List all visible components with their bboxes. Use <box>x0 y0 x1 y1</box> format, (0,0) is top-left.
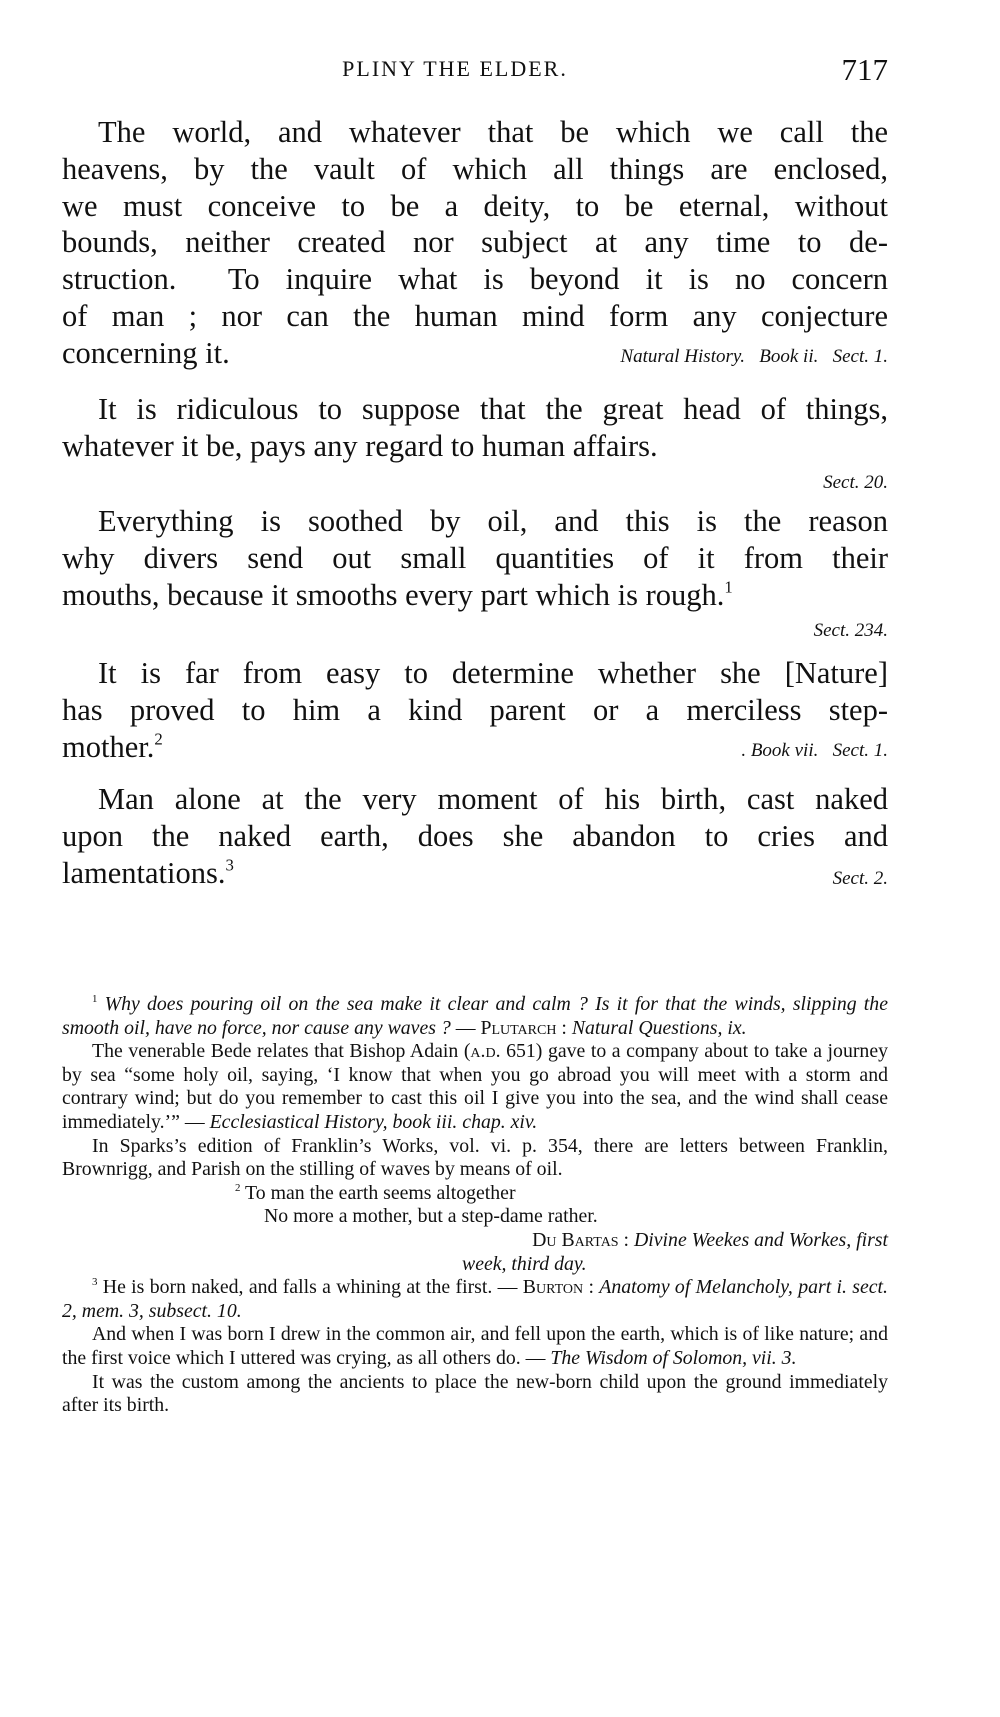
quotation-3: Everything is soothed by oil, and this i… <box>62 503 888 643</box>
footnote-author: Du Bartas <box>532 1229 618 1251</box>
footnote-3-wisdom: And when I was born I drew in the common… <box>62 1323 888 1370</box>
footnote-author: Plutarch <box>480 1017 556 1039</box>
line: has proved to him a kind parent or a mer… <box>62 692 888 729</box>
footnote-2: 2 To man the earth seems altogether No m… <box>62 1182 888 1276</box>
citation: Sect. 20. <box>823 465 888 502</box>
verse-line: No more a mother, but a step-dame rather… <box>62 1205 888 1229</box>
footnote-author: Burton <box>523 1276 583 1298</box>
line: Everything is soothed by oil, and this i… <box>98 504 888 538</box>
footnote-work: Natural Questions, ix. <box>572 1017 747 1039</box>
dash: — <box>451 1017 481 1039</box>
footnotes: 1 Why does pouring oil on the sea make i… <box>62 993 888 1418</box>
quotation-5: Man alone at the very moment of his birt… <box>62 781 888 891</box>
line: bounds, neither created nor subject at a… <box>62 224 888 261</box>
line: heavens, by the vault of which all thing… <box>62 151 888 188</box>
citation: Sect. 234. <box>814 613 888 650</box>
line: whatever it be, pays any regard to human… <box>62 428 888 465</box>
quotation-2: It is ridiculous to suppose that the gre… <box>62 391 888 495</box>
page-number: 717 <box>842 52 889 88</box>
footnote-ref-1[interactable]: 1 <box>724 577 732 596</box>
citation: Sect. 2. <box>833 861 888 898</box>
citation: Natural History. Book ii. Sect. 1. <box>620 339 888 376</box>
line: concerning it. <box>62 336 230 370</box>
line: The world, and whatever that be which we… <box>98 115 888 149</box>
footnote-text: He is born naked, and falls a whining at… <box>103 1276 523 1298</box>
separator: : <box>619 1229 634 1251</box>
footnote-3: 3 He is born naked, and falls a whining … <box>62 1276 888 1323</box>
separator: : <box>556 1017 571 1039</box>
line: of man ; nor can the human mind form any… <box>62 298 888 335</box>
line: we must conceive to be a deity, to be et… <box>62 188 888 225</box>
running-head: PLINY THE ELDER. 717 <box>62 52 888 92</box>
footnote-1-sparks: In Sparks’s edition of Franklin’s Works,… <box>62 1135 888 1182</box>
footnote-work: Ecclesiastical History, book iii. chap. … <box>210 1111 538 1133</box>
line: It is ridiculous to suppose that the gre… <box>98 392 888 426</box>
footnote-1-bede: The venerable Bede relates that Bishop A… <box>62 1040 888 1134</box>
line: struction. To inquire what is beyond it … <box>62 261 888 298</box>
line: mother. <box>62 730 154 764</box>
line: mouths, because it smooths every part wh… <box>62 578 724 612</box>
line: why divers send out small quantities of … <box>62 540 888 577</box>
verse-line: To man the earth seems altogether <box>245 1182 516 1204</box>
footnote-marker: 3 <box>92 1276 97 1288</box>
footnote-work: week, third day. <box>62 1253 888 1277</box>
line: Man alone at the very moment of his birt… <box>98 782 888 816</box>
footnote-work: The Wisdom of Solomon, vii. 3. <box>550 1347 796 1369</box>
line: It is far from easy to determine whether… <box>98 656 888 690</box>
footnote-marker: 2 <box>235 1182 240 1194</box>
book-page: PLINY THE ELDER. 717 The world, and what… <box>0 0 1000 1717</box>
quotation-1: The world, and whatever that be which we… <box>62 114 888 372</box>
line: upon the naked earth, does she abandon t… <box>62 818 888 855</box>
verse-attribution: Du Bartas : Divine Weekes and Workes, fi… <box>62 1229 888 1253</box>
footnote-3-custom: It was the custom among the ancients to … <box>62 1371 888 1418</box>
footnote-ref-3[interactable]: 3 <box>225 855 233 874</box>
footnote-1: 1 Why does pouring oil on the sea make i… <box>62 993 888 1040</box>
footnote-work: Divine Weekes and Workes, first <box>634 1229 888 1251</box>
line: lamentations. <box>62 856 225 890</box>
footnote-ref-2[interactable]: 2 <box>154 729 162 748</box>
footnote-marker: 1 <box>92 993 97 1005</box>
running-head-title: PLINY THE ELDER. <box>62 56 888 82</box>
separator: : <box>583 1276 599 1298</box>
citation: . Book vii. Sect. 1. <box>741 733 888 770</box>
footnote-text: The venerable Bede relates that Bishop A… <box>92 1040 470 1062</box>
era-abbrev: a.d. <box>470 1040 500 1062</box>
quotation-4: It is far from easy to determine whether… <box>62 655 888 765</box>
